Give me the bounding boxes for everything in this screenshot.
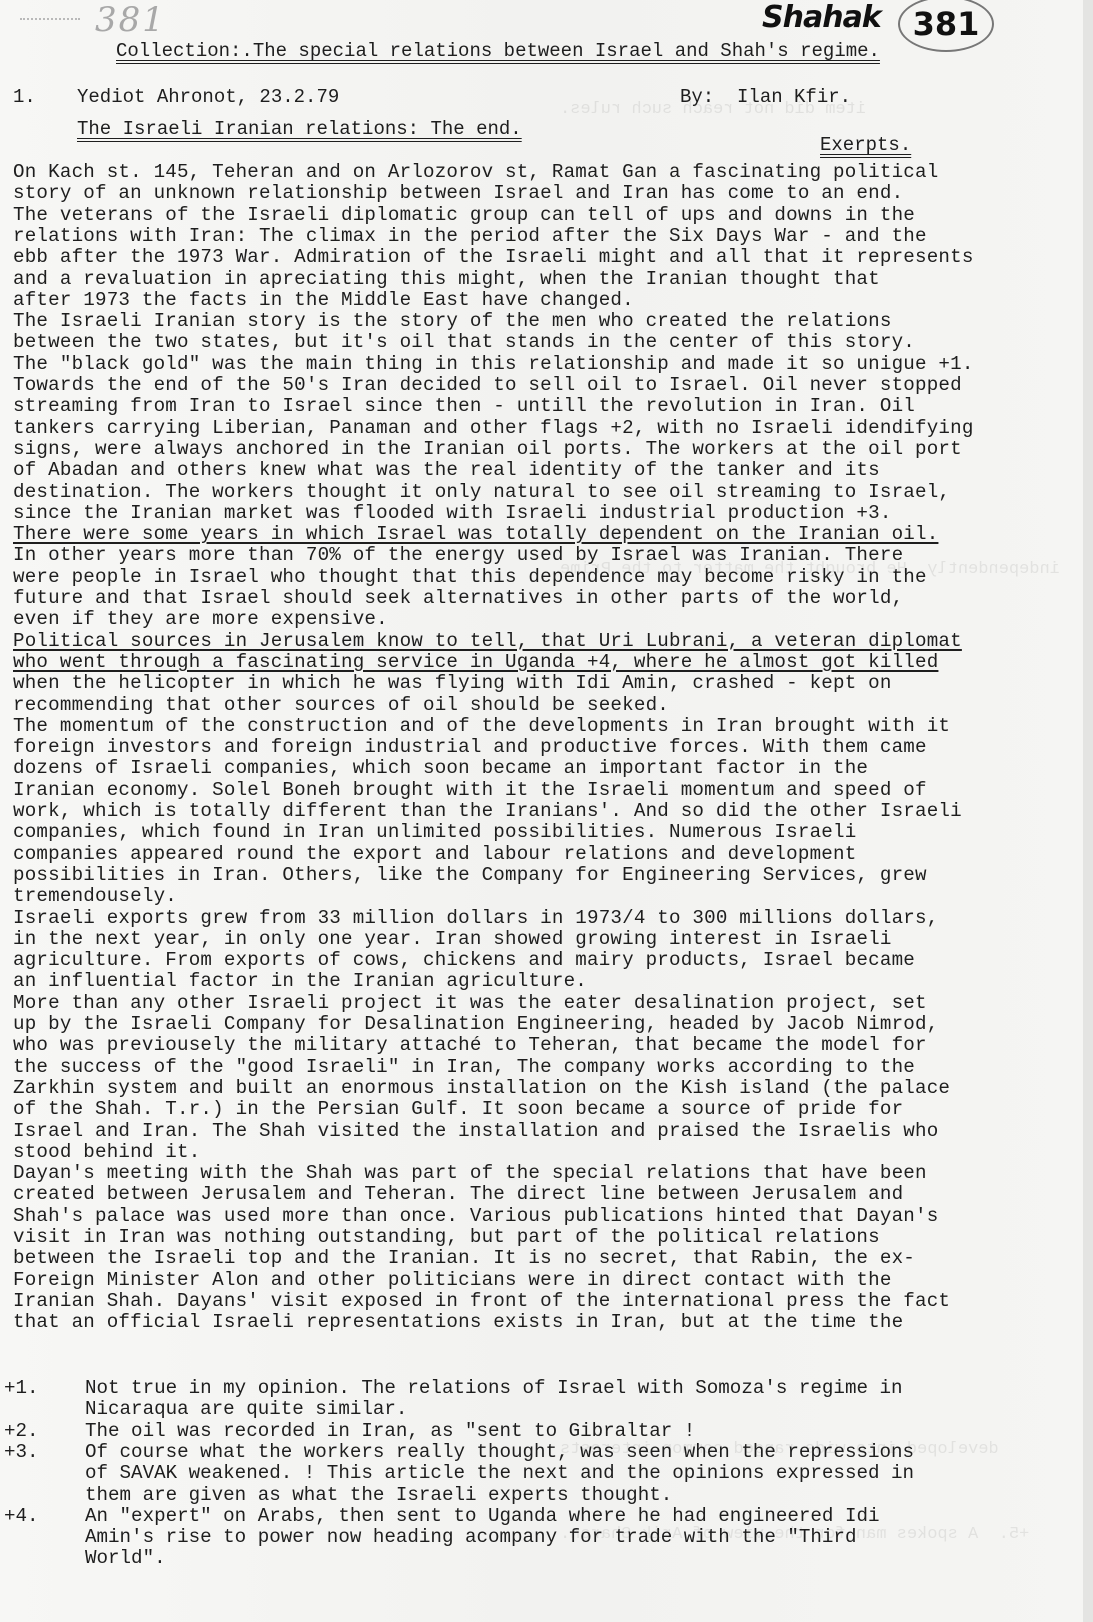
body-line: story of an unknown relationship between… — [13, 183, 903, 204]
body-line: The veterans of the Israeli diplomatic g… — [13, 205, 915, 226]
body-line: tremendousely. — [13, 886, 177, 907]
body-line: companies, which found in Iran unlimited… — [13, 822, 856, 843]
body-line: between the Israeli top and the Iranian.… — [13, 1248, 915, 1269]
page-edge — [1083, 0, 1093, 1622]
body-line: streaming from Iran to Israel since then… — [13, 396, 915, 417]
body-line: On Kach st. 145, Teheran and on Arlozoro… — [13, 162, 938, 183]
body-line: that an official Israeli representations… — [13, 1312, 903, 1333]
body-line: tankers carrying Liberian, Panaman and o… — [13, 418, 974, 439]
body-line: There were some years in which Israel wa… — [13, 524, 938, 545]
source-citation: Yediot Ahronot, 23.2.79 — [77, 86, 339, 108]
body-line: between the two states, but it's oil tha… — [13, 332, 915, 353]
item-number: 1. — [13, 86, 36, 108]
body-line: and a revaluation in apreciating this mi… — [13, 269, 880, 290]
footnote-mark: +2. — [4, 1421, 39, 1442]
body-line: in the next year, in only one year. Iran… — [13, 929, 892, 950]
footnote-line: of SAVAK weakened. ! This article the ne… — [85, 1463, 914, 1484]
body-line: destination. The workers thought it only… — [13, 482, 950, 503]
footnote-line: them are given as what the Israeli exper… — [85, 1485, 672, 1506]
stamp-name: Shahak — [762, 0, 881, 35]
footnote-line: Of course what the workers really though… — [85, 1442, 914, 1463]
body-line: The Israeli Iranian story is the story o… — [13, 311, 892, 332]
body-line: foreign investors and foreign industrial… — [13, 737, 927, 758]
body-line: future and that Israel should seek alter… — [13, 588, 903, 609]
body-line: were people in Israel who thought that t… — [13, 567, 927, 588]
body-line: ebb after the 1973 War. Admiration of th… — [13, 247, 974, 268]
pencil-mark — [20, 18, 80, 23]
body-line: possibilities in Iran. Others, like the … — [13, 865, 927, 886]
body-line: More than any other Israeli project it w… — [13, 993, 927, 1014]
footnote-line: World". — [85, 1548, 166, 1569]
body-line: Iranian Shah. Dayans' visit exposed in f… — [13, 1291, 950, 1312]
body-line: stood behind it. — [13, 1142, 200, 1163]
collection-title: Collection:.The special relations betwee… — [116, 40, 880, 62]
excerpt-label: Exerpts. — [820, 134, 911, 156]
body-line: when the helicopter in which he was flyi… — [13, 673, 892, 694]
handwritten-number: 381 — [95, 0, 166, 40]
article-title: The Israeli Iranian relations: The end. — [77, 118, 522, 140]
body-line: up by the Israeli Company for Desalinati… — [13, 1014, 938, 1035]
body-line: In other years more than 70% of the ener… — [13, 545, 903, 566]
body-line: signs, were always anchored in the Irani… — [13, 439, 962, 460]
body-line: created between Jerusalem and Teheran. T… — [13, 1184, 903, 1205]
body-line: who went through a fascinating service i… — [13, 652, 938, 673]
body-line: Towards the end of the 50's Iran decided… — [13, 375, 962, 396]
body-line: Israel and Iran. The Shah visited the in… — [13, 1121, 938, 1142]
body-line: Dayan's meeting with the Shah was part o… — [13, 1163, 927, 1184]
body-line: visit in Iran was nothing outstanding, b… — [13, 1227, 880, 1248]
footnote-line: Amin's rise to power now heading acompan… — [85, 1527, 856, 1548]
body-line: dozens of Israeli companies, which soon … — [13, 758, 868, 779]
document-page: 381 Shahak 381 Collection:.The special r… — [0, 0, 1093, 1622]
footnote-mark: +1. — [4, 1378, 39, 1399]
body-line: Political sources in Jerusalem know to t… — [13, 631, 962, 652]
body-line: Zarkhin system and built an enormous ins… — [13, 1078, 950, 1099]
footnote-line: Not true in my opinion. The relations of… — [85, 1378, 903, 1399]
body-line: The momentum of the construction and of … — [13, 716, 950, 737]
body-line: Iranian economy. Solel Boneh brought wit… — [13, 780, 927, 801]
footnote-mark: +3. — [4, 1442, 39, 1463]
body-line: agriculture. From exports of cows, chick… — [13, 950, 915, 971]
body-line: after 1973 the facts in the Middle East … — [13, 290, 634, 311]
body-line: who was previousely the military attaché… — [13, 1035, 927, 1056]
body-line: Shah's palace was used more than once. V… — [13, 1206, 938, 1227]
body-line: even if they are more expensive. — [13, 609, 388, 630]
body-line: relations with Iran: The climax in the p… — [13, 226, 927, 247]
body-line: recommending that other sources of oil s… — [13, 695, 669, 716]
body-line: since the Iranian market was flooded wit… — [13, 503, 892, 524]
footnote-line: The oil was recorded in Iran, as "sent t… — [85, 1421, 695, 1442]
body-line: companies appeared round the export and … — [13, 844, 856, 865]
body-line: an influential factor in the Iranian agr… — [13, 971, 587, 992]
stamp-number-circled: 381 — [898, 0, 994, 52]
body-line: Israeli exports grew from 33 million dol… — [13, 908, 938, 929]
body-line: Foreign Minister Alon and other politici… — [13, 1270, 892, 1291]
body-line: of the Shah. T.r.) in the Persian Gulf. … — [13, 1099, 903, 1120]
body-line: of Abadan and others knew what was the r… — [13, 460, 880, 481]
body-line: The "black gold" was the main thing in t… — [13, 354, 974, 375]
body-line: the success of the "good Israeli" in Ira… — [13, 1057, 915, 1078]
footnote-line: An "expert" on Arabs, then sent to Ugand… — [85, 1506, 880, 1527]
footnote-line: Nicaraqua are quite similar. — [85, 1399, 407, 1420]
footnote-mark: +4. — [4, 1506, 39, 1527]
body-line: work, which is totally different than th… — [13, 801, 962, 822]
byline: By: Ilan Kfir. — [680, 86, 851, 108]
